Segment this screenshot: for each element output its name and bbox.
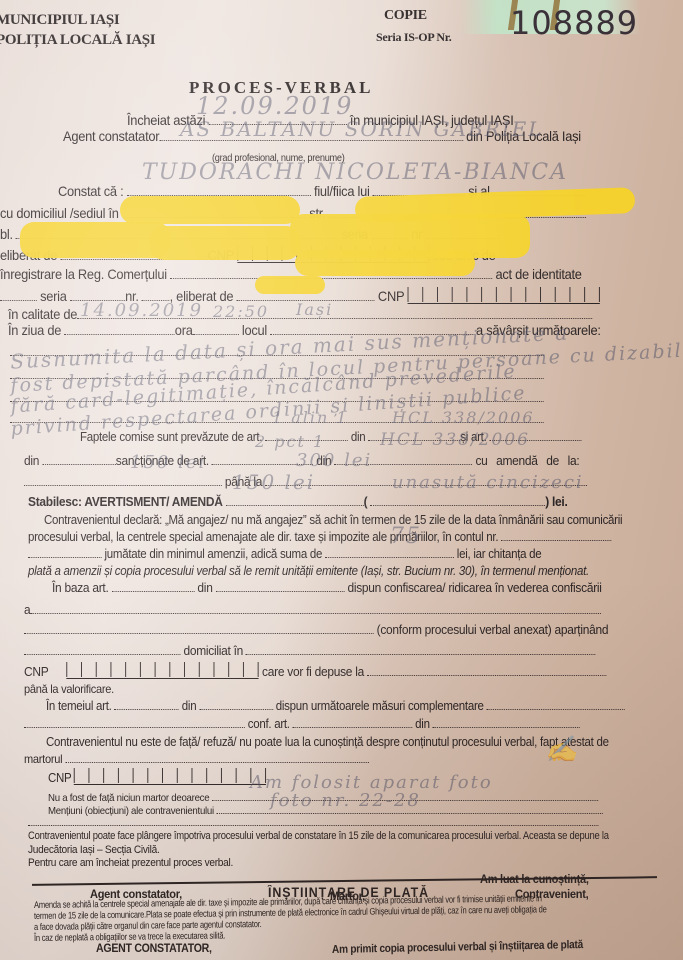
from-field-2[interactable]: [42, 454, 116, 465]
handwritten-fine-max: 300 lei: [296, 450, 372, 471]
complaint-text: Contravenientul poate face plângere împo…: [28, 830, 609, 842]
complementary-order: dispun următoarele măsuri complementare: [276, 699, 484, 713]
declaration-line-4: plată a amenzii și copia procesului verb…: [28, 564, 589, 578]
copy-label: COPIE: [384, 8, 427, 24]
declaration-line-3: jumătate din minimul amenzii, adică suma…: [28, 547, 541, 561]
cnp-boxes-4[interactable]: [74, 768, 266, 785]
decision-line: Stabilesc: AVERTISMENT/ AMENDĂ ( ) lei.: [28, 494, 568, 509]
domicile-label: cu domiciliul /sediul în: [0, 205, 119, 221]
child-of-label: fiul/fiica lui: [314, 183, 370, 199]
handwritten-article: 1 alin 1: [272, 408, 349, 427]
org-line-1: MUNICIPIUL IAȘI: [0, 12, 119, 29]
declaration-text-3b: lei, iar chitanța de: [457, 547, 542, 561]
from-label-4: din: [197, 580, 212, 595]
currency-label: ) lei.: [545, 494, 567, 509]
domiciled-label: domiciliat în: [183, 643, 243, 658]
half-prefix-field[interactable]: [28, 547, 102, 558]
name-field[interactable]: [127, 185, 311, 196]
handwritten-date: 12.09.2019: [196, 92, 353, 120]
block-label: bl.: [0, 226, 13, 242]
complementary-art-field[interactable]: [114, 699, 178, 710]
handwritten-sanction-law: HCL 338/2006: [380, 430, 530, 450]
declaration-text-2: procesului verbal, la centrele special a…: [28, 530, 498, 544]
cnp-label-4: CNP: [48, 771, 71, 785]
domiciled-field[interactable]: [246, 644, 596, 655]
redaction: [20, 222, 170, 258]
witness-cnp-line: CNP: [48, 768, 266, 785]
annex-field[interactable]: [24, 623, 374, 634]
id-doc-label: act de identitate: [495, 266, 581, 282]
concluded-text: Pentru care am încheiat prezentul proces…: [28, 857, 233, 869]
handwritten-half-amount: 75: [390, 524, 422, 549]
cnp-label-2: CNP: [378, 288, 404, 304]
handwritten-name: TUDORACHI NICOLETA-BIANCA: [142, 160, 568, 185]
conf-art-label: conf. art.: [248, 717, 290, 731]
declaration-line-2: procesului verbal, la centrele special a…: [28, 530, 612, 544]
agent-label: Agent constatator: [63, 128, 159, 144]
payment-agent: AGENT CONSTATATOR,: [96, 943, 212, 955]
from-label: din: [351, 430, 366, 444]
witness-line: martorul: [24, 752, 369, 766]
org-line-2: POLIȚIA LOCALĂ IAȘI: [0, 32, 155, 49]
handwritten-amount-words: unasută cincizeci: [392, 472, 584, 493]
confiscation-law-field[interactable]: [216, 581, 345, 592]
cnp-boxes-2[interactable]: [407, 287, 599, 304]
series-prefix-field[interactable]: [0, 290, 37, 301]
handwritten-amount: 150 lei: [232, 470, 315, 494]
declaration-line-1: Contravenientul declară: „Mă angajez/ nu…: [44, 513, 622, 527]
annex-line: (conform procesului verbal anexat) aparț…: [24, 622, 608, 637]
witness-label: martorul: [24, 752, 62, 766]
fine-min-field[interactable]: [24, 475, 222, 486]
capacity-label: în calitate de: [8, 306, 77, 322]
redaction: [295, 250, 475, 276]
confiscation-of-field[interactable]: [30, 603, 600, 614]
declaration-text-3a: jumătate din minimul amenzii, adică suma…: [105, 547, 323, 561]
handwritten-fine-min: 150 lei: [130, 452, 206, 473]
deposited-field[interactable]: [367, 665, 606, 676]
conf-art-field[interactable]: [293, 717, 413, 728]
handwritten-hour: 22:50: [213, 302, 269, 321]
redaction: [150, 226, 300, 260]
series-label-2: seria: [40, 288, 67, 304]
court-text: Judecătoria Iași – Secția Civilă.: [28, 844, 160, 856]
complementary-field[interactable]: [487, 699, 625, 710]
domiciled-line: domiciliat în: [24, 643, 596, 658]
mentions-line-2: [28, 815, 598, 829]
confiscation-of-line: a: [24, 602, 601, 617]
witness-field[interactable]: [65, 752, 369, 763]
handwritten-agent: AS BALTANU SORIN GABRIEL: [180, 117, 544, 141]
handwritten-sanction-article: 2 pct 1: [255, 432, 325, 451]
payment-received: Am primit copia procesului verbal și înș…: [332, 939, 583, 956]
complementary-line: În temeiul art. din dispun următoarele m…: [46, 699, 625, 713]
payment-text-4: În caz de neplată a obligațiilor se va t…: [34, 930, 225, 944]
fine-from-label: cu amendă de la:: [475, 453, 579, 468]
day-label: În ziua de: [8, 322, 61, 338]
redaction: [120, 196, 300, 224]
hour-label: ora: [175, 322, 193, 338]
from-label-5: din: [182, 699, 197, 713]
day-field[interactable]: [64, 324, 174, 335]
redaction: [255, 276, 325, 294]
conf-art-line: conf. art. din: [24, 717, 580, 731]
series-label: Seria IS-OP Nr.: [376, 30, 451, 45]
cnp-boxes-3[interactable]: [67, 662, 259, 679]
owner-field[interactable]: [24, 644, 180, 655]
document-page: MUNICIPIUL IAȘI POLIȚIA LOCALĂ IAȘI COPI…: [0, 0, 683, 960]
confiscation-art-field[interactable]: [112, 581, 195, 592]
document-number: 108889: [510, 4, 638, 42]
from-label-6: din: [415, 717, 430, 731]
handwritten-place: Iași: [296, 300, 333, 319]
handwritten-law: HCL 338/2006: [392, 408, 535, 427]
account-field[interactable]: [501, 530, 611, 541]
amount-field[interactable]: [226, 495, 364, 506]
handwritten-mentions: foto nr. 22-28: [270, 790, 421, 811]
witness-absent-text: Contravenientul nu este de față/ refuză/…: [46, 735, 609, 749]
conf-prefix-field[interactable]: [24, 717, 245, 728]
hour-field[interactable]: [193, 324, 239, 335]
amount-words-field[interactable]: [370, 495, 545, 506]
signature-mark: ✍: [545, 735, 579, 765]
regcom-label: înregistrare la Reg. Comerțului: [0, 266, 167, 282]
mentions-field-2[interactable]: [28, 815, 598, 826]
complementary-based-on: În temeiul art.: [46, 699, 112, 713]
deposited-label: care vor fi depuse la: [262, 664, 364, 679]
conf-from-field[interactable]: [433, 717, 580, 728]
from-label-2: din: [24, 453, 39, 468]
handwritten-day: 14.09.2019: [80, 300, 203, 321]
cnp-label-3: CNP: [24, 664, 48, 679]
complementary-law-field[interactable]: [199, 699, 273, 710]
decision-label: Stabilesc: AVERTISMENT/ AMENDĂ: [28, 494, 223, 509]
based-on-label: În baza art.: [52, 580, 109, 595]
until-capitalization: până la valorificare.: [24, 682, 114, 696]
annex-label: (conform procesului verbal anexat) aparț…: [377, 622, 609, 637]
finds-label: Constat că :: [58, 183, 123, 199]
confiscation-order: dispun confiscarea/ ridicarea în vederea…: [347, 580, 601, 595]
confiscation-line: În baza art. din dispun confiscarea/ rid…: [52, 580, 602, 595]
provided-label: Faptele comise sunt prevăzute de art.: [80, 430, 262, 444]
cnp-deposit-line: CNP care vor fi depuse la: [24, 662, 606, 679]
